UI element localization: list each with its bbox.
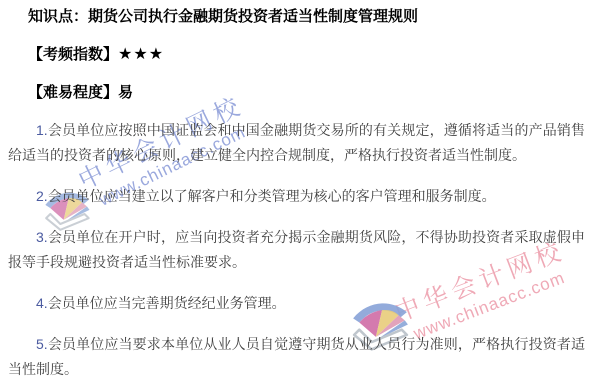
- paragraph-2: 2.会员单位应当建立以了解客户和分类管理为核心的客户管理和服务制度。: [8, 184, 585, 209]
- paragraph-number: 5.: [36, 336, 48, 352]
- exam-frequency-label: 【考频指数】: [28, 46, 118, 63]
- paragraph-number: 2.: [36, 188, 48, 204]
- paragraph-number: 4.: [36, 295, 48, 311]
- paragraph-text: 会员单位应当要求本单位从业人员自觉遵守期货从业人员行为准则，严格执行投资者适当性…: [8, 336, 585, 377]
- paragraph-number: 3.: [36, 229, 48, 245]
- difficulty-label: 【难易程度】: [28, 84, 118, 101]
- paragraph-number: 1.: [36, 122, 48, 138]
- paragraph-text: 会员单位应当完善期货经纪业务管理。: [48, 295, 286, 311]
- exam-frequency-line: 【考频指数】★★★: [8, 42, 585, 67]
- difficulty-line: 【难易程度】易: [8, 80, 585, 105]
- paragraph-4: 4.会员单位应当完善期货经纪业务管理。: [8, 291, 585, 316]
- paragraph-text: 会员单位应当建立以了解客户和分类管理为核心的客户管理和服务制度。: [48, 188, 496, 204]
- page-title: 知识点：期货公司执行金融期货投资者适当性制度管理规则: [8, 4, 585, 29]
- difficulty-value: 易: [118, 84, 133, 101]
- paragraph-5: 5.会员单位应当要求本单位从业人员自觉遵守期货从业人员行为准则，严格执行投资者适…: [8, 332, 585, 382]
- paragraph-text: 会员单位应按照中国证监会和中国金融期货交易所的有关规定，遵循将适当的产品销售给适…: [8, 122, 585, 163]
- paragraph-1: 1.会员单位应按照中国证监会和中国金融期货交易所的有关规定，遵循将适当的产品销售…: [8, 118, 585, 168]
- paragraph-text: 会员单位在开户时，应当向投资者充分揭示金融期货风险，不得协助投资者采取虚假申报等…: [8, 229, 585, 270]
- paragraph-3: 3.会员单位在开户时，应当向投资者充分揭示金融期货风险，不得协助投资者采取虚假申…: [8, 225, 585, 275]
- star-rating: ★★★: [118, 46, 164, 63]
- document-content: 知识点：期货公司执行金融期货投资者适当性制度管理规则 【考频指数】★★★ 【难易…: [0, 0, 593, 382]
- document-page: 中华会计网校 www.chinaacc.com 中华会计网校 www.china…: [0, 0, 593, 382]
